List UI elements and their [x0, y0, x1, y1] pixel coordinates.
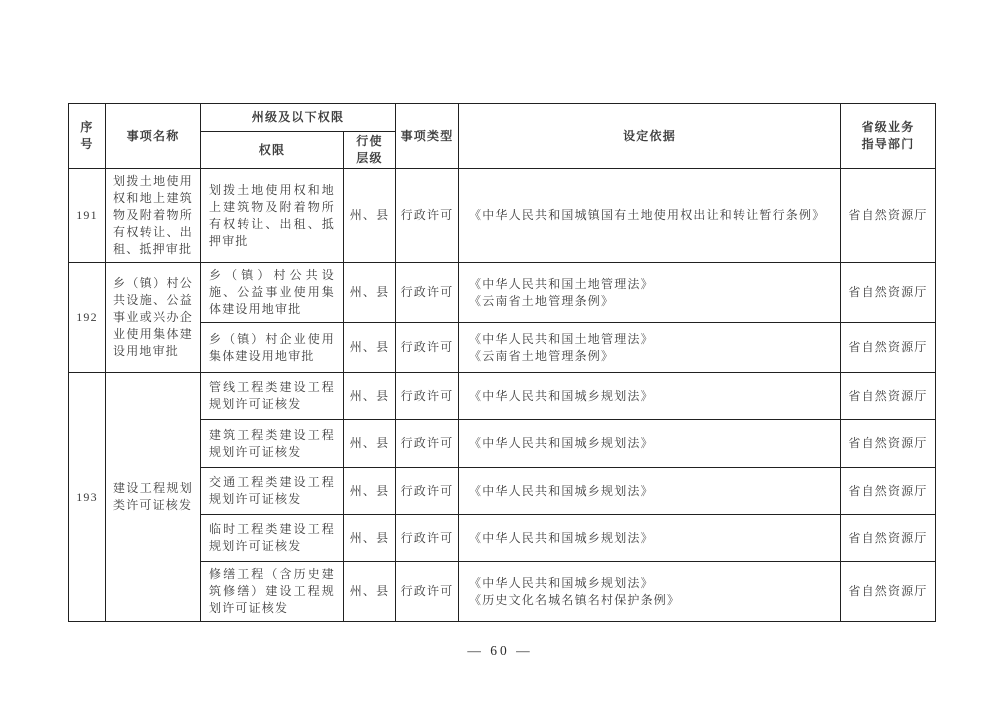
exercise-level-cell: 州、县 [344, 468, 396, 515]
authority-cell: 划拨土地使用权和地上建筑物及附着物所有权转让、出租、抵押审批 [201, 169, 344, 263]
authority-matters-table: 序 号 事项名称 州级及以下权限 事项类型 设定依据 省级业务 指导部门 权限 … [68, 103, 936, 622]
exercise-level-cell: 州、县 [344, 169, 396, 263]
guidance-dept-cell: 省自然资源厅 [841, 323, 936, 373]
item-name-cell: 划拨土地使用权和地上建筑物及附着物所有权转让、出租、抵押审批 [106, 169, 201, 263]
table-row-191: 191 划拨土地使用权和地上建筑物及附着物所有权转让、出租、抵押审批 划拨土地使… [69, 169, 936, 263]
exercise-level-cell: 州、县 [344, 373, 396, 420]
authority-cell: 交通工程类建设工程规划许可证核发 [201, 468, 344, 515]
table-header-row-1: 序 号 事项名称 州级及以下权限 事项类型 设定依据 省级业务 指导部门 [69, 104, 936, 132]
authority-cell: 建筑工程类建设工程规划许可证核发 [201, 420, 344, 468]
authority-cell: 乡（镇）村企业使用集体建设用地审批 [201, 323, 344, 373]
basis-cell: 《中华人民共和国城乡规划法》 [459, 373, 841, 420]
serial-cell: 193 [69, 373, 106, 622]
item-type-cell: 行政许可 [396, 562, 459, 622]
guidance-dept-cell: 省自然资源厅 [841, 562, 936, 622]
basis-cell: 《中华人民共和国城乡规划法》 [459, 420, 841, 468]
guidance-dept-cell: 省自然资源厅 [841, 420, 936, 468]
item-name-cell: 建设工程规划类许可证核发 [106, 373, 201, 622]
col-header-item-name: 事项名称 [106, 104, 201, 169]
col-header-authority: 权限 [201, 132, 344, 169]
basis-cell: 《中华人民共和国城镇国有土地使用权出让和转让暂行条例》 [459, 169, 841, 263]
item-name-cell: 乡（镇）村公共设施、公益事业或兴办企业使用集体建设用地审批 [106, 263, 201, 373]
exercise-level-cell: 州、县 [344, 562, 396, 622]
basis-cell: 《中华人民共和国城乡规划法》 [459, 468, 841, 515]
col-header-prefecture-authority: 州级及以下权限 [201, 104, 396, 132]
serial-cell: 192 [69, 263, 106, 373]
item-type-cell: 行政许可 [396, 263, 459, 323]
guidance-dept-cell: 省自然资源厅 [841, 169, 936, 263]
table-row-192-sub-1: 192 乡（镇）村公共设施、公益事业或兴办企业使用集体建设用地审批 乡（镇）村公… [69, 263, 936, 323]
exercise-level-cell: 州、县 [344, 515, 396, 562]
col-header-exercise-level: 行使 层级 [344, 132, 396, 169]
basis-cell: 《中华人民共和国土地管理法》 《云南省土地管理条例》 [459, 323, 841, 373]
guidance-dept-cell: 省自然资源厅 [841, 515, 936, 562]
item-type-cell: 行政许可 [396, 169, 459, 263]
item-type-cell: 行政许可 [396, 420, 459, 468]
item-type-cell: 行政许可 [396, 323, 459, 373]
authority-cell: 乡（镇）村公共设施、公益事业使用集体建设用地审批 [201, 263, 344, 323]
col-header-serial: 序 号 [69, 104, 106, 169]
authority-cell: 临时工程类建设工程规划许可证核发 [201, 515, 344, 562]
col-header-item-type: 事项类型 [396, 104, 459, 169]
exercise-level-cell: 州、县 [344, 420, 396, 468]
guidance-dept-cell: 省自然资源厅 [841, 468, 936, 515]
document-page: 序 号 事项名称 州级及以下权限 事项类型 设定依据 省级业务 指导部门 权限 … [0, 0, 1000, 707]
basis-cell: 《中华人民共和国土地管理法》 《云南省土地管理条例》 [459, 263, 841, 323]
basis-cell: 《中华人民共和国城乡规划法》 [459, 515, 841, 562]
basis-cell: 《中华人民共和国城乡规划法》 《历史文化名城名镇名村保护条例》 [459, 562, 841, 622]
authority-cell: 管线工程类建设工程规划许可证核发 [201, 373, 344, 420]
table-row-193-sub-1: 193 建设工程规划类许可证核发 管线工程类建设工程规划许可证核发 州、县 行政… [69, 373, 936, 420]
col-header-basis: 设定依据 [459, 104, 841, 169]
item-type-cell: 行政许可 [396, 468, 459, 515]
exercise-level-cell: 州、县 [344, 323, 396, 373]
guidance-dept-cell: 省自然资源厅 [841, 373, 936, 420]
serial-cell: 191 [69, 169, 106, 263]
page-number: — 60 — [0, 643, 1000, 659]
authority-cell: 修缮工程（含历史建筑修缮）建设工程规划许可证核发 [201, 562, 344, 622]
guidance-dept-cell: 省自然资源厅 [841, 263, 936, 323]
exercise-level-cell: 州、县 [344, 263, 396, 323]
item-type-cell: 行政许可 [396, 515, 459, 562]
item-type-cell: 行政许可 [396, 373, 459, 420]
col-header-guidance-dept: 省级业务 指导部门 [841, 104, 936, 169]
page-number-text: — 60 — [467, 643, 532, 658]
